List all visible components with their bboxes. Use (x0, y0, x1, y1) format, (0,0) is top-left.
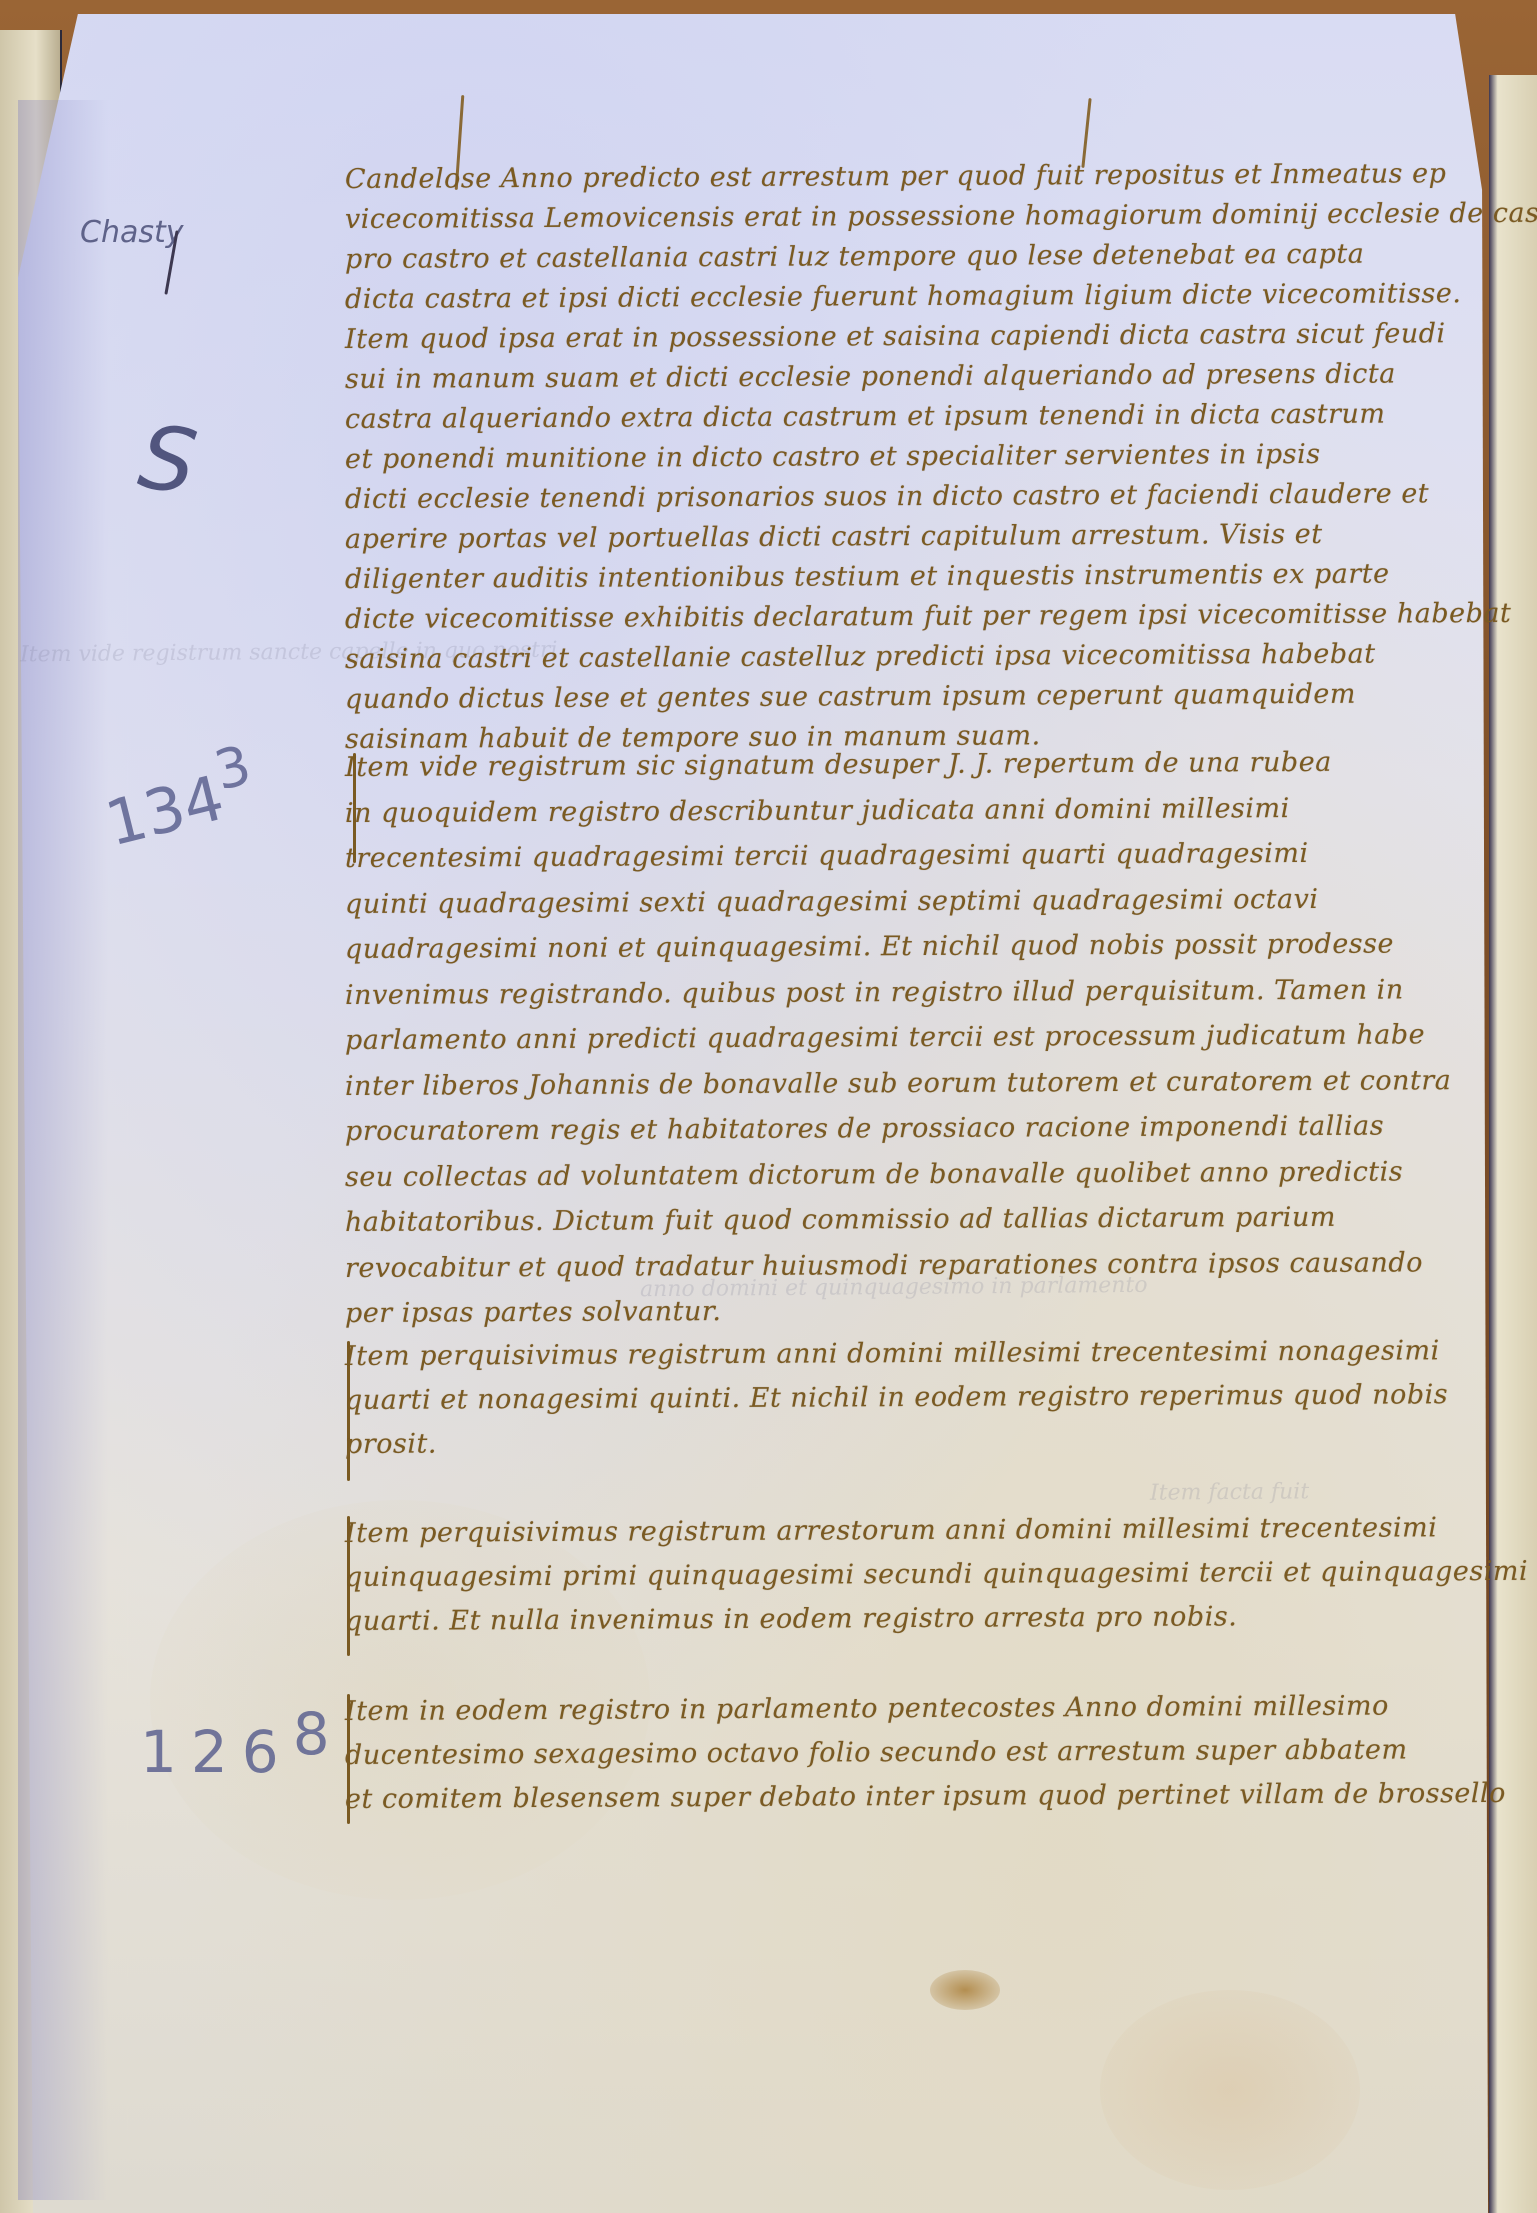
paragraph-2: Item vide registrum sic signatum desuper… (345, 745, 1475, 1337)
text-line: Item perquisivimus registrum anni domini… (345, 1329, 1475, 1379)
text-line: saisina castri et castellanie castelluz … (345, 634, 1475, 680)
text-line: prosit. (345, 1417, 1475, 1467)
text-line: invenimus registrando. quibus post in re… (345, 967, 1475, 1018)
text-line: Item vide registrum sic signatum desuper… (345, 739, 1475, 790)
show-through-text: Item facta fuit (1150, 1479, 1309, 1505)
text-line: revocabitur et quod tradatur huiusmodi r… (345, 1240, 1475, 1291)
marginal-note-chasty: Chasty (80, 215, 184, 250)
underlying-folio-right (1489, 75, 1537, 2213)
text-line: et comitem blesensem super debato inter … (345, 1772, 1475, 1822)
date-superscript: 8 (293, 1700, 344, 1768)
text-line: castra alqueriando extra dicta castrum e… (345, 394, 1475, 440)
paragraph-1: Candelose Anno predicto est arrestum per… (345, 160, 1475, 760)
text-line: aperire portas vel portuellas dicti cast… (345, 514, 1475, 560)
text-line: parlamento anni predicti quadragesimi te… (345, 1012, 1475, 1063)
text-line: Item in eodem registro in parlamento pen… (345, 1684, 1475, 1734)
text-line: et ponendi munitione in dicto castro et … (345, 434, 1475, 480)
text-line: Item quod ipsa erat in possessione et sa… (345, 314, 1475, 360)
text-line: sui in manum suam et dicti ecclesie pone… (345, 354, 1475, 400)
text-line: dicte vicecomitisse exhibitis declaratum… (345, 594, 1475, 640)
paragraph-4: Item perquisivimus registrum arrestorum … (345, 1512, 1475, 1644)
text-line: diligenter auditis intentionibus testium… (345, 554, 1475, 600)
text-line: per ipsas partes solvantur. (345, 1285, 1475, 1336)
text-line: procuratorem regis et habitatores de pro… (345, 1103, 1475, 1154)
paragraph-3: Item perquisivimus registrum anni domini… (345, 1335, 1475, 1467)
text-line: dicti ecclesie tenendi prisonarios suos … (345, 474, 1475, 520)
paragraph-5: Item in eodem registro in parlamento pen… (345, 1690, 1475, 1822)
text-line: quarti. Et nulla invenimus in eodem regi… (345, 1594, 1475, 1644)
text-line: seu collectas ad voluntatem dictorum de … (345, 1149, 1475, 1200)
marginal-date-1268: 1268 (140, 1718, 344, 1786)
text-line: quinti quadragesimi sexti quadragesimi s… (345, 876, 1475, 927)
text-line: Candelose Anno predicto est arrestum per… (345, 154, 1475, 200)
text-line: Item perquisivimus registrum arrestorum … (345, 1506, 1475, 1556)
text-line: pro castro et castellania castri luz tem… (345, 234, 1475, 280)
text-line: vicecomitissa Lemovicensis erat in posse… (345, 194, 1475, 240)
text-line: quando dictus lese et gentes sue castrum… (345, 674, 1475, 720)
text-line: quinquagesimi primi quinquagesimi secund… (345, 1550, 1475, 1600)
text-line: ducentesimo sexagesimo octavo folio secu… (345, 1728, 1475, 1778)
date-digits: 126 (140, 1718, 293, 1786)
text-line: in quoquidem registro describuntur judic… (345, 785, 1475, 836)
text-line: quadragesimi noni et quinquagesimi. Et n… (345, 921, 1475, 972)
text-line: dicta castra et ipsi dicti ecclesie fuer… (345, 274, 1475, 320)
text-line: habitatoribus. Dictum fuit quod commissi… (345, 1194, 1475, 1245)
text-line: quarti et nonagesimi quinti. Et nichil i… (345, 1373, 1475, 1423)
text-line: trecentesimi quadragesimi tercii quadrag… (345, 830, 1475, 881)
text-line: inter liberos Johannis de bonavalle sub … (345, 1058, 1475, 1109)
